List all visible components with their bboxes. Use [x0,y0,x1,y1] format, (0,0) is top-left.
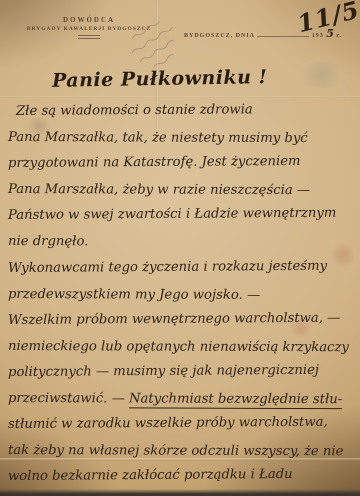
emphasis-pre: przeciwstawić. — [8,391,129,406]
body-line: przygotowani na Katastrofę. Jest życzeni… [8,149,356,178]
letter-photograph: DOWÓDCA BRYGADY KAWALERJI BYDGOSZCZ BYDG… [0,0,360,496]
salutation: Panie Pułkowniku ! [52,66,268,92]
body-line: wolno bezkarnie zakłócać porządku i Ładu [8,462,356,491]
letter-body: Złe są wiadomości o stanie zdrowia Pana … [8,99,356,490]
body-line: politycznych — musimy się jak najenergic… [8,358,356,387]
body-line: nie drgnęło. [8,229,356,256]
body-line: Wszelkim próbom wewnętrznego warcholstwa… [8,305,356,334]
ink-bleedthrough-stain [296,62,346,88]
underlined-phrase: Natychmiast bezwzględnie stłu- [129,391,342,409]
body-line: Wykonawcami tego życzenia i rozkazu jest… [8,253,356,282]
dateline-year-suffix: r. [336,33,342,39]
body-line: stłumić w zarodku wszelkie próby warchol… [8,410,356,439]
body-line: Państwo w swej zwartości i Ładzie wewnęt… [8,201,356,230]
pencil-annotation [118,10,202,72]
body-line: Złe są wiadomości o stanie zdrowia [8,97,356,126]
photo-bottom-edge [0,489,360,496]
body-line: przedewszystkiem my Jego wojsko. — [8,282,356,309]
letterhead-rule [78,35,100,39]
